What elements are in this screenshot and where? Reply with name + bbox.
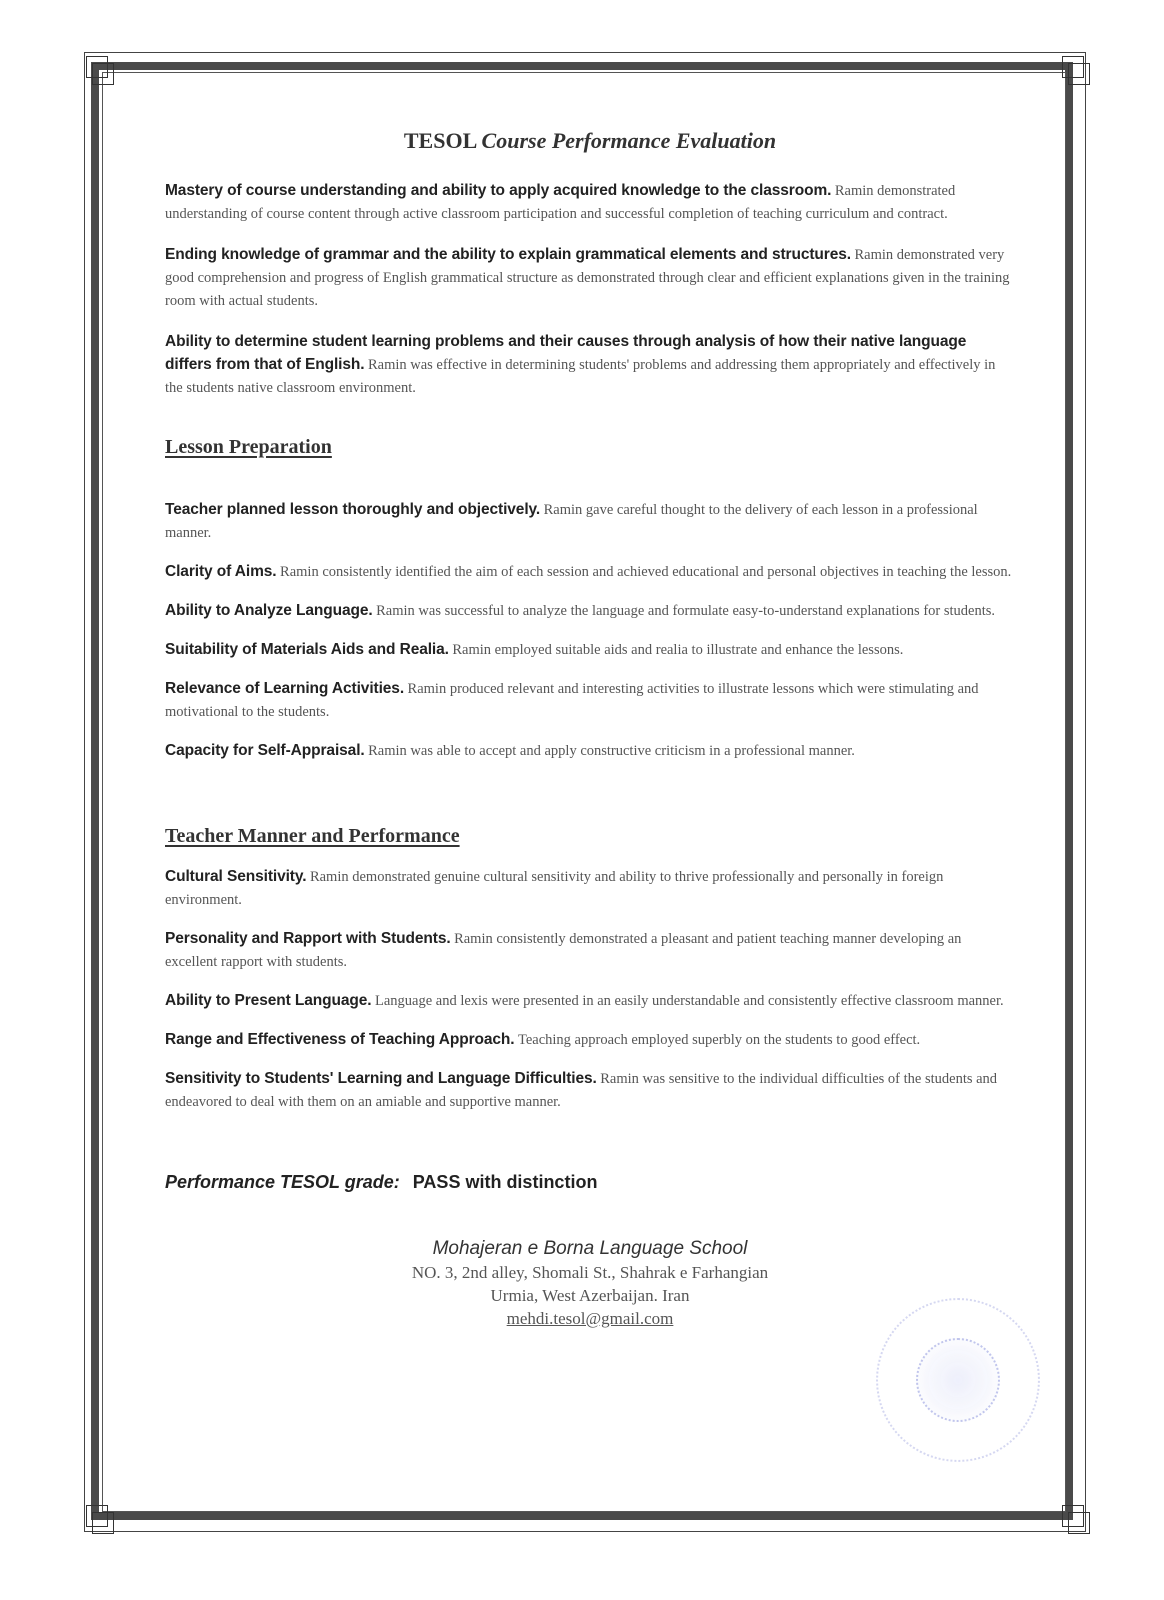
item-criterion: Cultural Sensitivity.: [165, 868, 306, 885]
evaluation-item: Sensitivity to Students' Learning and La…: [165, 1068, 1015, 1114]
grade-value: PASS with distinction: [413, 1172, 598, 1192]
item-comment: Ramin was successful to analyze the lang…: [376, 603, 995, 619]
evaluation-item: Ability to Analyze Language. Ramin was s…: [165, 600, 1015, 623]
official-seal-stamp-icon: [876, 1298, 1040, 1462]
item-comment: Ramin was able to accept and apply const…: [368, 743, 855, 759]
item-criterion: Range and Effectiveness of Teaching Appr…: [165, 1031, 515, 1048]
evaluation-item: Cultural Sensitivity. Ramin demonstrated…: [165, 866, 1015, 912]
frame-corner-ornament: [1068, 63, 1090, 85]
section-heading-teacher-manner: Teacher Manner and Performance: [165, 825, 1015, 848]
seal-inner-ring: [916, 1338, 1000, 1422]
contact-email-link[interactable]: mehdi.tesol@gmail.com: [507, 1309, 674, 1328]
item-criterion: Ending knowledge of grammar and the abil…: [165, 246, 851, 263]
item-criterion: Mastery of course understanding and abil…: [165, 182, 831, 199]
item-criterion: Ability to Present Language.: [165, 992, 371, 1009]
item-criterion: Suitability of Materials Aids and Realia…: [165, 641, 449, 658]
item-criterion: Capacity for Self-Appraisal.: [165, 742, 365, 759]
school-name: Mohajeran e Borna Language School: [165, 1237, 1015, 1261]
title-prefix: TESOL: [404, 128, 476, 153]
evaluation-item: Clarity of Aims. Ramin consistently iden…: [165, 561, 1015, 584]
document-title: TESOL Course Performance Evaluation: [165, 128, 1015, 154]
item-comment: Language and lexis were presented in an …: [375, 993, 1004, 1009]
evaluation-item: Teacher planned lesson thoroughly and ob…: [165, 499, 1015, 545]
item-criterion: Sensitivity to Students' Learning and La…: [165, 1070, 597, 1087]
evaluation-item: Ending knowledge of grammar and the abil…: [165, 244, 1015, 313]
frame-corner-ornament: [92, 1512, 114, 1534]
section-lesson-preparation: Teacher planned lesson thoroughly and ob…: [165, 499, 1015, 763]
item-criterion: Teacher planned lesson thoroughly and ob…: [165, 501, 540, 518]
performance-grade: Performance TESOL grade: PASS with disti…: [165, 1172, 1015, 1193]
address-line-2: Urmia, West Azerbaijan. Iran: [165, 1284, 1015, 1307]
frame-corner-ornament: [1068, 1512, 1090, 1534]
document-body: TESOL Course Performance Evaluation Mast…: [165, 128, 1015, 1330]
section-teacher-manner: Cultural Sensitivity. Ramin demonstrated…: [165, 866, 1015, 1114]
item-comment: Teaching approach employed superbly on t…: [518, 1032, 920, 1048]
evaluation-item: Range and Effectiveness of Teaching Appr…: [165, 1029, 1015, 1052]
section-heading-lesson-preparation: Lesson Preparation: [165, 436, 1015, 459]
item-criterion: Ability to Analyze Language.: [165, 602, 373, 619]
title-rest: Course Performance Evaluation: [482, 128, 777, 153]
grade-label: Performance TESOL grade:: [165, 1172, 400, 1192]
evaluation-item: Capacity for Self-Appraisal. Ramin was a…: [165, 740, 1015, 763]
evaluation-item: Mastery of course understanding and abil…: [165, 180, 1015, 226]
evaluation-item: Ability to Present Language. Language an…: [165, 990, 1015, 1013]
evaluation-item: Personality and Rapport with Students. R…: [165, 928, 1015, 974]
evaluation-item: Suitability of Materials Aids and Realia…: [165, 639, 1015, 662]
item-criterion: Relevance of Learning Activities.: [165, 680, 404, 697]
section-course-mastery: Mastery of course understanding and abil…: [165, 180, 1015, 400]
address-line-1: NO. 3, 2nd alley, Shomali St., Shahrak e…: [165, 1261, 1015, 1284]
school-footer: Mohajeran e Borna Language School NO. 3,…: [165, 1237, 1015, 1330]
item-criterion: Clarity of Aims.: [165, 563, 277, 580]
item-criterion: Personality and Rapport with Students.: [165, 930, 451, 947]
evaluation-item: Ability to determine student learning pr…: [165, 331, 1015, 400]
evaluation-item: Relevance of Learning Activities. Ramin …: [165, 678, 1015, 724]
frame-corner-ornament: [92, 63, 114, 85]
item-comment: Ramin employed suitable aids and realia …: [452, 642, 903, 658]
item-comment: Ramin consistently identified the aim of…: [280, 564, 1011, 580]
